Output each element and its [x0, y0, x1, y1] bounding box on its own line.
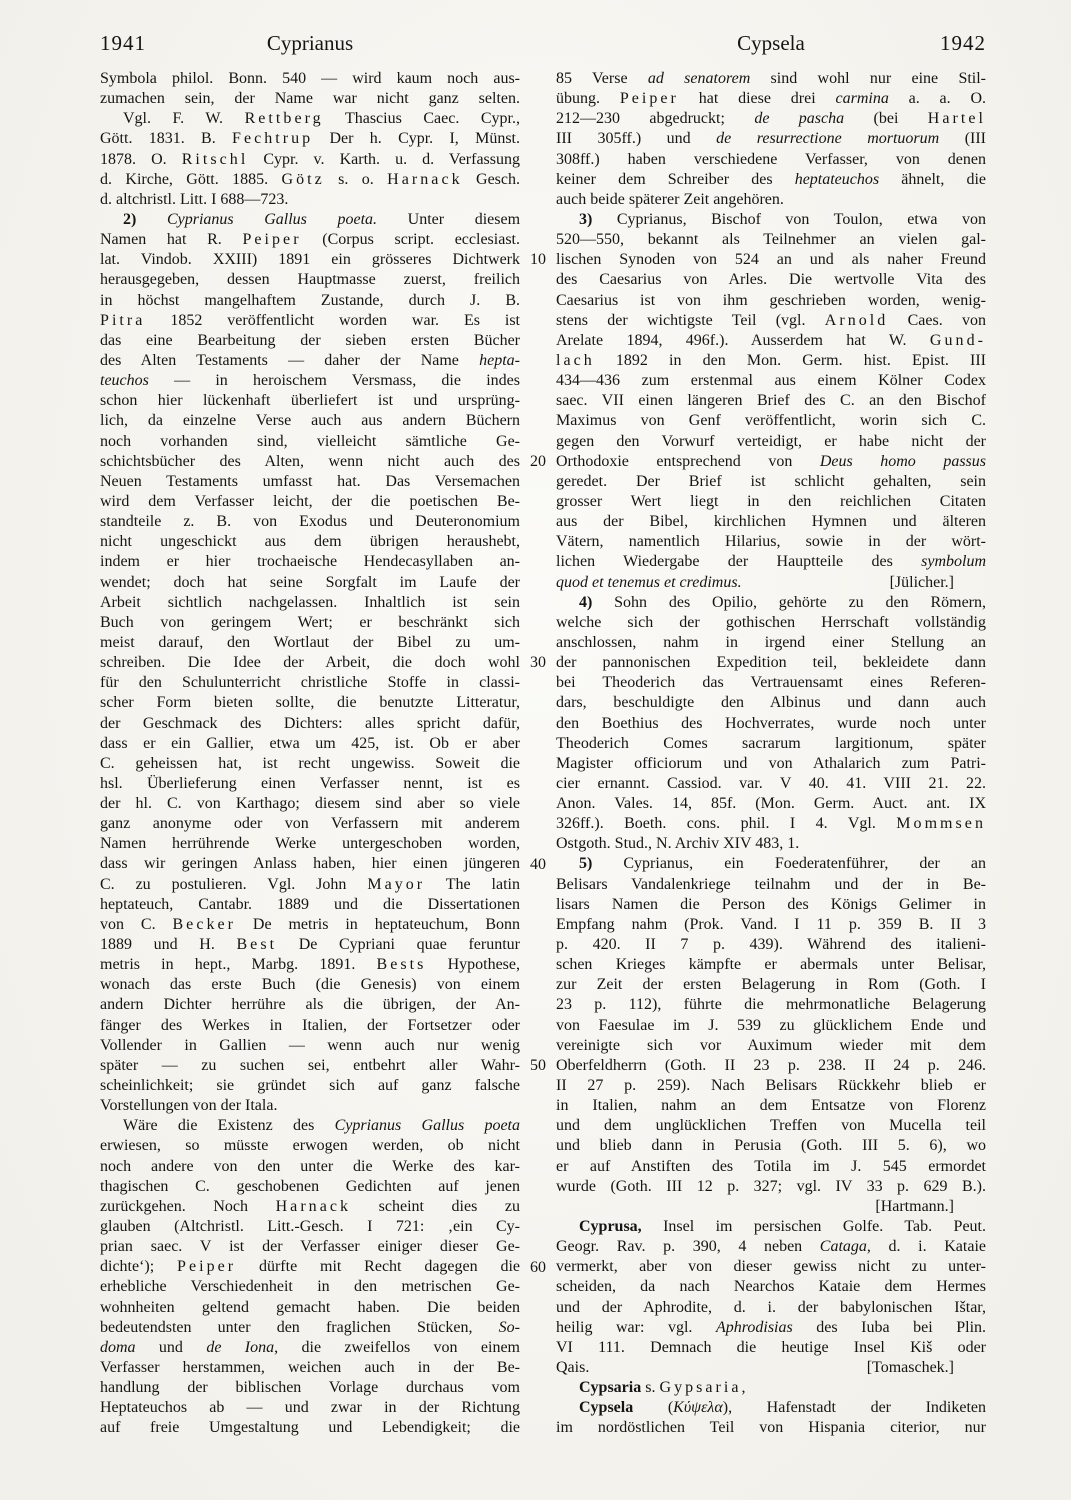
text-line: lisars Namen die Person des Königs Gelim…	[556, 895, 986, 915]
text-line: später — zu suchen sei, entbehrt aller W…	[100, 1056, 520, 1076]
text-line: 2) Cyprianus Gallus poeta. Unter diesem	[100, 210, 520, 230]
text-line: 520—550, bekannt als Teilnehmer an viele…	[556, 230, 986, 250]
text-line: Vätern, namentlich Hilarius, sowie in de…	[556, 532, 986, 552]
text-line: übung. Peiper hat diese drei carmina a. …	[556, 89, 986, 109]
text-line: Geogr. Rav. p. 390, 4 neben Cataga, d. i…	[556, 1237, 986, 1257]
text-line: meist darauf, den Wortlaut der Bibel zu …	[100, 633, 520, 653]
text-line: Pitra 1852 veröffentlicht worden war. Es…	[100, 311, 520, 331]
text-line: dichte‘); Peiper dürfte mit Recht dagege…	[100, 1257, 520, 1277]
text-line: Orthodoxie entsprechend von Deus homo pa…	[556, 452, 986, 472]
running-head-left: Cyprianus	[267, 30, 353, 56]
text-line: indem er hier trochaeische Hendecasyllab…	[100, 552, 520, 572]
text-line: schreiben. Die Idee der Arbeit, die doch…	[100, 653, 520, 673]
text-line: lich, da einzelne Verse auch aus andern …	[100, 411, 520, 431]
text-line: welche sich der gothischen Herrschaft vo…	[556, 613, 986, 633]
text-line: herausgegeben, dessen Hauptmasse zuerst,…	[100, 270, 520, 290]
text-line: das eine Bearbeitung der sieben ersten B…	[100, 331, 520, 351]
text-line: nicht ungeschickt aus dem übrigen heraus…	[100, 532, 520, 552]
text-line: von C. Becker De metris in heptateuchum,…	[100, 915, 520, 935]
text-line: 85 Verse ad senatorem sind wohl nur eine…	[556, 69, 986, 89]
text-line: stens der wichtigste Teil (vgl. Arnold C…	[556, 311, 986, 331]
text-line: dass er ein Gallier, etwa um 425, ist. O…	[100, 734, 520, 754]
text-line: zur Zeit der ersten Belagerung in Rom (G…	[556, 975, 986, 995]
text-line: auch beide späterer Zeit angehören.	[556, 190, 986, 210]
text-line: glauben (Altchristl. Litt.-Gesch. I 721:…	[100, 1217, 520, 1237]
text-line: 1878. O. Ritschl Cypr. v. Karth. u. d. V…	[100, 150, 520, 170]
text-line: lischen Synoden von 524 an und als naher…	[556, 250, 986, 270]
text-line: lat. Vindob. XXIII) 1891 ein grösseres D…	[100, 250, 520, 270]
text-line: scher Form bieten sollte, die benutzte L…	[100, 693, 520, 713]
text-line: Cypsela (Κύψελα), Hafenstadt der Indiket…	[556, 1398, 986, 1418]
author-signature: [Tomaschek.]	[867, 1358, 986, 1378]
text-line: bedeutendsten unter den fraglichen Stück…	[100, 1318, 520, 1338]
text-line: 23 p. 112), führte die mehrmonatliche Be…	[556, 995, 986, 1015]
text-line: Heptateuchos ab — und zwar in der Richtu…	[100, 1398, 520, 1418]
text-line: Cyprusa, Insel im persischen Golfe. Tab.…	[556, 1217, 986, 1237]
text-line: der pannonischen Expedition teil, beklei…	[556, 653, 986, 673]
running-header: 1941 Cyprianus Cypsela 1942	[100, 30, 986, 56]
text-line: dass wir geringen Anlass haben, hier ein…	[100, 854, 520, 874]
text-line: und blieb dann in Perusia (Goth. III 5. …	[556, 1136, 986, 1156]
text-line: anschlossen, nahm in irgend einer Stellu…	[556, 633, 986, 653]
text-line: auf freie Umgestaltung und Lebendigkeit;…	[100, 1418, 520, 1438]
text-line: Belisars Vandalenkriege teilnahm und der…	[556, 875, 986, 895]
line-text: Qais.	[556, 1358, 589, 1378]
text-line: wonach das erste Buch (die Genesis) von …	[100, 975, 520, 995]
text-line: saec. VII einen längeren Brief des C. an…	[556, 391, 986, 411]
text-line: für den Schulunterricht christliche Stof…	[100, 673, 520, 693]
text-line: gegen den Vorwurf verteidigt, er habe ni…	[556, 432, 986, 452]
text-line: er auf Anstiften des Totila im J. 545 er…	[556, 1157, 986, 1177]
text-line: scheinlichkeit; sie gründet sich auf gan…	[100, 1076, 520, 1096]
text-line: hsl. Überlieferung einen Verfasser nennt…	[100, 774, 520, 794]
text-line: teuchos — in heroischem Versmass, die in…	[100, 371, 520, 391]
text-line: in höchst mangelhaftem Zustande, durch J…	[100, 291, 520, 311]
text-line: der Geschmack des Dichters: alles sprich…	[100, 714, 520, 734]
line-text: quod et tenemus et credimus.	[556, 573, 742, 593]
header-gutter-gap	[520, 30, 556, 56]
gutter-line-number: 10	[520, 250, 556, 270]
text-line: grosser Wert liegt in den reichlichen Ci…	[556, 492, 986, 512]
text-line: schichtsbücher des Alten, wenn nicht auc…	[100, 452, 520, 472]
text-line: von Faesulae im J. 539 zu glücklichem En…	[556, 1016, 986, 1036]
text-body: Symbola philol. Bonn. 540 — wird kaum no…	[100, 69, 986, 1439]
text-line: heptateuch, Cantabr. 1889 und die Disser…	[100, 895, 520, 915]
text-line: Empfang nahm (Prok. Vand. I 11 p. 359 B.…	[556, 915, 986, 935]
text-line: 212—230 abgedruckt; de pascha (bei Harte…	[556, 109, 986, 129]
text-line: Magister officiorum und von Athalarich z…	[556, 754, 986, 774]
text-line: Oberfeldherrn (Goth. II 23 p. 238. II 24…	[556, 1056, 986, 1076]
text-line: Neuen Testaments umfasst hat. Das Versem…	[100, 472, 520, 492]
text-line: lichen Wiedergabe der Hauptteile des sym…	[556, 552, 986, 572]
text-line: Caesarius ist von ihm geschrieben worden…	[556, 291, 986, 311]
text-line: 308ff.) haben verschiedene Verfasser, vo…	[556, 150, 986, 170]
text-line: noch vorhanden sind, vielleicht sämtlich…	[100, 432, 520, 452]
header-left-half: 1941 Cyprianus	[100, 30, 520, 56]
page-number-right: 1942	[940, 30, 986, 56]
text-line: Buch von geringem Wert; er beschränkt si…	[100, 613, 520, 633]
text-line: 1889 und H. Best De Cypriani quae ferunt…	[100, 935, 520, 955]
text-line: Cypsaria s. Gypsaria,	[556, 1378, 986, 1398]
text-line: prian saec. V ist der Verfasser einiger …	[100, 1237, 520, 1257]
text-line: 434—436 zum erstenmal aus einem Kölner C…	[556, 371, 986, 391]
text-line: Namen hat R. Peiper (Corpus script. eccl…	[100, 230, 520, 250]
text-line: C. zu postulieren. Vgl. John Mayor The l…	[100, 875, 520, 895]
author-signature: [Hartmann.]	[875, 1197, 986, 1217]
text-line: Gött. 1831. B. Fechtrup Der h. Cypr. I, …	[100, 129, 520, 149]
text-line: schen Krieges kämpfte er abermals unter …	[556, 955, 986, 975]
running-head-right: Cypsela	[737, 30, 805, 56]
header-right-half: Cypsela 1942	[556, 30, 986, 56]
text-line: scheiden, da nach Nearchos Kataie dem He…	[556, 1277, 986, 1297]
text-line: cier ernannt. Cassiod. var. V 40. 41. VI…	[556, 774, 986, 794]
text-line: standteile z. B. von Exodus und Deuteron…	[100, 512, 520, 532]
text-line: keiner dem Schreiber des heptateuchos äh…	[556, 170, 986, 190]
text-line: geredet. Der Brief ist schlicht gehalten…	[556, 472, 986, 492]
text-line: schon hier lückenhaft überliefert ist un…	[100, 391, 520, 411]
text-line: Maximus von Genf veröffentlicht, worin s…	[556, 411, 986, 431]
text-line: Ostgoth. Stud., N. Archiv XIV 483, 1.	[556, 834, 986, 854]
text-line: Qais.[Tomaschek.]	[556, 1358, 986, 1378]
text-line: 5) Cyprianus, ein Foederatenführer, der …	[556, 854, 986, 874]
text-line: fänger des Werkes in Italien, der Fortse…	[100, 1016, 520, 1036]
text-line: und dem unglücklichen Treffen von Mucell…	[556, 1116, 986, 1136]
text-line: den Boethius des Hochverrates, wurde noc…	[556, 714, 986, 734]
column-left: Symbola philol. Bonn. 540 — wird kaum no…	[100, 69, 520, 1439]
text-line: d. Kirche, Gött. 1885. Götz s. o. Harnac…	[100, 170, 520, 190]
text-line: andern Dichter herrühre als die übrigen,…	[100, 995, 520, 1015]
text-line: noch andere von den unter die Werke des …	[100, 1157, 520, 1177]
text-line: im nordöstlichen Teil von Hispania citer…	[556, 1418, 986, 1438]
text-line: d. altchristl. Litt. I 688—723.	[100, 190, 520, 210]
scanned-encyclopedia-page: 1941 Cyprianus Cypsela 1942 Symbola phil…	[0, 0, 1071, 1500]
text-line: 326ff.). Boeth. cons. phil. I 4. Vgl. Mo…	[556, 814, 986, 834]
text-line: p. 420. II 7 p. 439). Während des italie…	[556, 935, 986, 955]
text-line: Namen herrührende Werke untergeschoben w…	[100, 834, 520, 854]
text-line: aus der Bibel, kirchlichen Hymnen und äl…	[556, 512, 986, 532]
text-line: lach 1892 in den Mon. Germ. hist. Epist.…	[556, 351, 986, 371]
column-right: 85 Verse ad senatorem sind wohl nur eine…	[556, 69, 986, 1439]
text-line: wurde (Goth. III 12 p. 327; vgl. IV 33 p…	[556, 1177, 986, 1197]
gutter-line-number: 50	[520, 1056, 556, 1076]
text-line: vereinigte sich vor Auximum wieder mit d…	[556, 1036, 986, 1056]
text-line: zumachen sein, der Name war nicht ganz s…	[100, 89, 520, 109]
text-line: dars, beschuldigte den Albinus und dann …	[556, 693, 986, 713]
text-line: des Caesarius von Arles. Die wertvolle V…	[556, 270, 986, 290]
gutter-line-number: 40	[520, 855, 556, 875]
text-line: thagischen C. geschobenen Gedichten auf …	[100, 1177, 520, 1197]
text-line: Vollender in Gallien — wenn auch nur wen…	[100, 1036, 520, 1056]
text-line: Theoderich Comes sacrarum largitionum, s…	[556, 734, 986, 754]
text-line: erwiesen, so müsste erwogen werden, ob n…	[100, 1136, 520, 1156]
line-number-gutter: 102030405060	[520, 69, 556, 1439]
text-line: Vgl. F. W. Rettberg Thascius Caec. Cypr.…	[100, 109, 520, 129]
text-line: in Italien, nahm an dem Entsatze von Flo…	[556, 1096, 986, 1116]
text-line: 3) Cyprianus, Bischof von Toulon, etwa v…	[556, 210, 986, 230]
text-line: handlung der biblischen Vorlage durchaus…	[100, 1378, 520, 1398]
text-line: 4) Sohn des Opilio, gehörte zu den Römer…	[556, 593, 986, 613]
text-line: erhebliche Verschiedenheit in den metris…	[100, 1277, 520, 1297]
text-line: Symbola philol. Bonn. 540 — wird kaum no…	[100, 69, 520, 89]
text-line: der hl. C. von Karthago; diesem sind abe…	[100, 794, 520, 814]
text-line: wendet; doch hat seine Sorgfalt im Laufe…	[100, 573, 520, 593]
text-line: C. geheissen hat, ist recht ungewiss. So…	[100, 754, 520, 774]
text-line: Arbeit sichtlich nachgelassen. Inhaltlic…	[100, 593, 520, 613]
text-line: und der Aphrodite, d. i. der babylonisch…	[556, 1298, 986, 1318]
text-line: zurückgehen. Noch Harnack scheint dies z…	[100, 1197, 520, 1217]
text-line: bei Theoderich das Vertrauensamt eines R…	[556, 673, 986, 693]
text-line: Wäre die Existenz des Cyprianus Gallus p…	[100, 1116, 520, 1136]
text-line: wohnheiten geltend gemacht haben. Die be…	[100, 1298, 520, 1318]
text-line: Arelate 1894, 496f.). Ausserdem hat W. G…	[556, 331, 986, 351]
text-line: II 27 p. 259). Nach Belisars Rückkehr bl…	[556, 1076, 986, 1096]
gutter-line-number: 60	[520, 1258, 556, 1278]
text-line: [Hartmann.]	[556, 1197, 986, 1217]
gutter-line-number: 30	[520, 653, 556, 673]
text-line: wird dem Verfasser leicht, der die poeti…	[100, 492, 520, 512]
text-line: III 305ff.) und de resurrectione mortuor…	[556, 129, 986, 149]
text-line: Anon. Vales. 14, 85f. (Mon. Germ. Auct. …	[556, 794, 986, 814]
text-line: vermerkt, aber von dieser gewiss nicht z…	[556, 1257, 986, 1277]
page-number-left: 1941	[100, 30, 146, 56]
author-signature: [Jülicher.]	[890, 573, 986, 593]
text-line: heilig war: vgl. Aphrodisias des Iuba be…	[556, 1318, 986, 1338]
gutter-line-number: 20	[520, 452, 556, 472]
text-line: metris in hept., Marbg. 1891. Bests Hypo…	[100, 955, 520, 975]
text-line: ganz anonyme oder von Verfassern mit and…	[100, 814, 520, 834]
text-line: quod et tenemus et credimus.[Jülicher.]	[556, 573, 986, 593]
text-line: VI 111. Demnach die heutige Insel Kiš od…	[556, 1338, 986, 1358]
text-line: Vorstellungen von der Itala.	[100, 1096, 520, 1116]
text-line: doma und de Iona, die zweifellos von ein…	[100, 1338, 520, 1358]
text-line: Verfasser herstammen, weichen auch in de…	[100, 1358, 520, 1378]
text-line: des Alten Testaments — daher der Name he…	[100, 351, 520, 371]
